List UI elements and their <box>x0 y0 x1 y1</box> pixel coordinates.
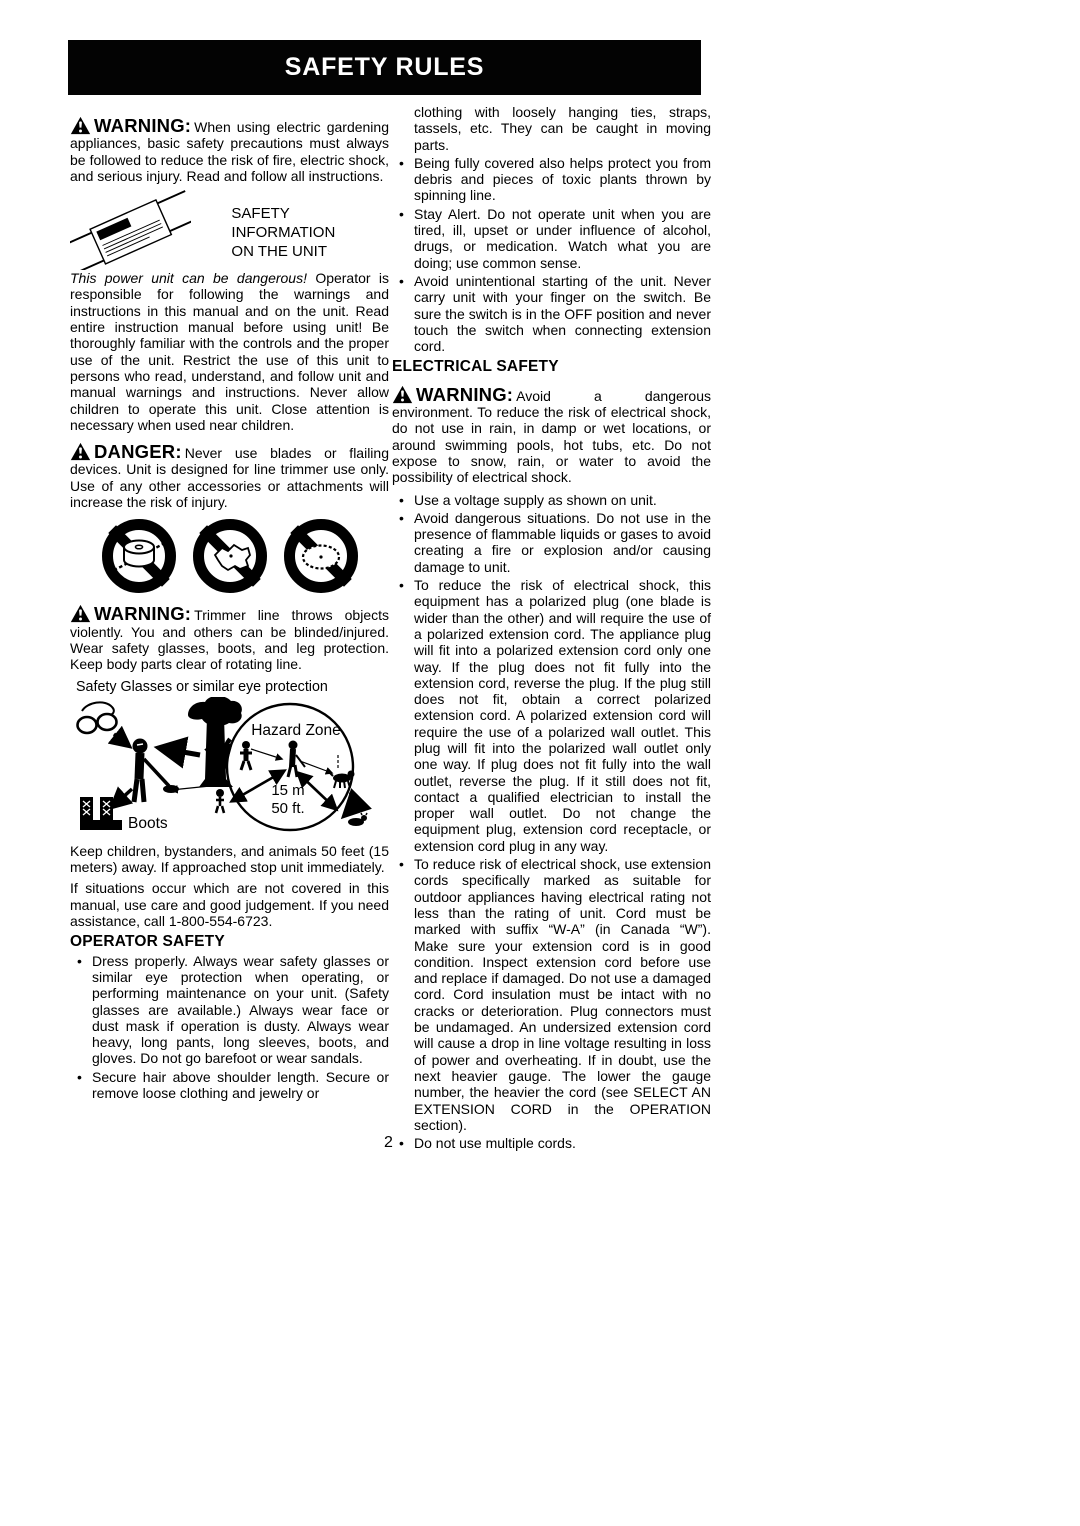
bullet-text: Dress properly. Always wear safety glass… <box>92 953 389 1067</box>
distance-meters-label: 15 m <box>271 782 304 799</box>
arrow-tree-to-operator <box>160 748 200 755</box>
bullet-item: •To reduce risk of electrical shock, use… <box>392 856 711 1133</box>
section-heading-electrical-safety: ELECTRICAL SAFETY <box>392 359 711 375</box>
arrow-operator-to-boots <box>112 789 132 807</box>
hazard-diagram-figure: BootsHazard Zone15 m50 ft. <box>70 697 389 839</box>
hazard-zone-circle: Hazard Zone15 m50 ft. <box>216 704 367 830</box>
goggles-icon <box>78 702 117 733</box>
bullet-item: •To reduce the risk of electrical shock,… <box>392 577 711 854</box>
center-operator-figure <box>288 740 305 777</box>
manual-page: SAFETY RULES WARNING:When using electric… <box>0 0 1080 1526</box>
bullet-item: •Secure hair above shoulder length. Secu… <box>70 1069 389 1102</box>
bullet-item: •Use a voltage supply as shown on unit. <box>392 492 711 508</box>
continued-text: clothing with loosely hanging ties, stra… <box>392 104 711 153</box>
bullet-marker: • <box>399 206 404 222</box>
unit-label-caption: SAFETY INFORMATIONON THE UNIT <box>231 204 389 261</box>
bullet-item: •Do not use multiple cords. <box>392 1135 711 1151</box>
bullet-item: •Avoid unintentional starting of the uni… <box>392 273 711 354</box>
bystander-figure <box>240 741 252 770</box>
bullet-marker: • <box>399 273 404 289</box>
bullet-marker: • <box>399 577 404 593</box>
paragraph-text: Operator is responsible for following th… <box>70 270 389 433</box>
bullet-text: Avoid dangerous situations. Do not use i… <box>414 510 711 575</box>
bystander-figure-2 <box>216 789 224 813</box>
warning-triangle-icon <box>70 116 91 135</box>
hazard-zone-label: Hazard Zone <box>251 722 341 739</box>
bullet-text: Do not use multiple cords. <box>414 1135 576 1151</box>
alert-label: DANGER: <box>94 441 185 462</box>
bullet-item: •Being fully covered also helps protect … <box>392 155 711 204</box>
unit-safety-label: WARNINGSAFETY INFORMATIONON THE UNIT <box>70 190 389 270</box>
warning-triangle-icon <box>392 385 413 404</box>
bullet-item: •Dress properly. Always wear safety glas… <box>70 953 389 1067</box>
bullet-marker: • <box>77 1069 82 1085</box>
bullet-text: To reduce risk of electrical shock, use … <box>414 856 711 1133</box>
bullet-text: Being fully covered also helps protect y… <box>414 155 711 204</box>
prohibition-icons <box>70 517 389 595</box>
unit-warning-label-icon: WARNING <box>70 190 191 270</box>
section-heading-operator-safety: OPERATOR SAFETY <box>70 934 389 950</box>
warning-note: WARNING:Avoid a dangerous environment. T… <box>392 385 711 486</box>
bullet-marker: • <box>399 155 404 171</box>
bullet-item: •Stay Alert. Do not operate unit when yo… <box>392 206 711 271</box>
paragraph: This power unit can be dangerous! Operat… <box>70 270 389 433</box>
arrow-goggles-to-operator <box>114 734 129 746</box>
warning-triangle-icon <box>70 442 91 461</box>
warning-note: WARNING:Trimmer line throws objects viol… <box>70 604 389 672</box>
page-number: 2 <box>384 1134 393 1152</box>
italic-lead: This power unit can be dangerous! <box>70 270 307 286</box>
bullet-marker: • <box>399 1135 404 1151</box>
diagram-caption: Safety Glasses or similar eye protection <box>76 679 389 695</box>
warning-triangle-icon <box>70 604 91 623</box>
page-title: SAFETY RULES <box>68 40 701 95</box>
alert-label: WARNING: <box>94 115 194 136</box>
bullet-marker: • <box>399 492 404 508</box>
bullet-text: Use a voltage supply as shown on unit. <box>414 492 657 508</box>
bullet-marker: • <box>399 856 404 872</box>
paragraph: Keep children, bystanders, and animals 5… <box>70 843 389 876</box>
no-flail-blade-icon <box>191 517 269 595</box>
bullet-text: Avoid unintentional starting of the unit… <box>414 273 711 354</box>
hazard-zone-diagram: BootsHazard Zone15 m50 ft. <box>70 697 388 839</box>
left-column: WARNING:When using electric gardening ap… <box>70 107 389 1103</box>
bullet-item: •Avoid dangerous situations. Do not use … <box>392 510 711 575</box>
bullet-text: To reduce the risk of electrical shock, … <box>414 577 711 854</box>
warning-note: WARNING:When using electric gardening ap… <box>70 116 389 184</box>
no-saw-blade-icon <box>282 517 360 595</box>
bullet-marker: • <box>399 510 404 526</box>
right-column: clothing with loosely hanging ties, stra… <box>392 104 711 1153</box>
distance-feet-label: 50 ft. <box>271 800 304 817</box>
alert-label: WARNING: <box>94 603 194 624</box>
bullet-text: Stay Alert. Do not operate unit when you… <box>414 206 711 271</box>
bullet-text: Secure hair above shoulder length. Secur… <box>92 1069 389 1101</box>
cat-figure <box>348 813 367 826</box>
boots-label: Boots <box>128 815 168 832</box>
danger-note: DANGER:Never use blades or flailing devi… <box>70 442 389 510</box>
tree-icon <box>188 697 242 787</box>
paragraph: If situations occur which are not covere… <box>70 880 389 929</box>
alert-label: WARNING: <box>416 384 516 405</box>
no-trimmer-spool-icon <box>100 517 178 595</box>
bullet-marker: • <box>77 953 82 969</box>
